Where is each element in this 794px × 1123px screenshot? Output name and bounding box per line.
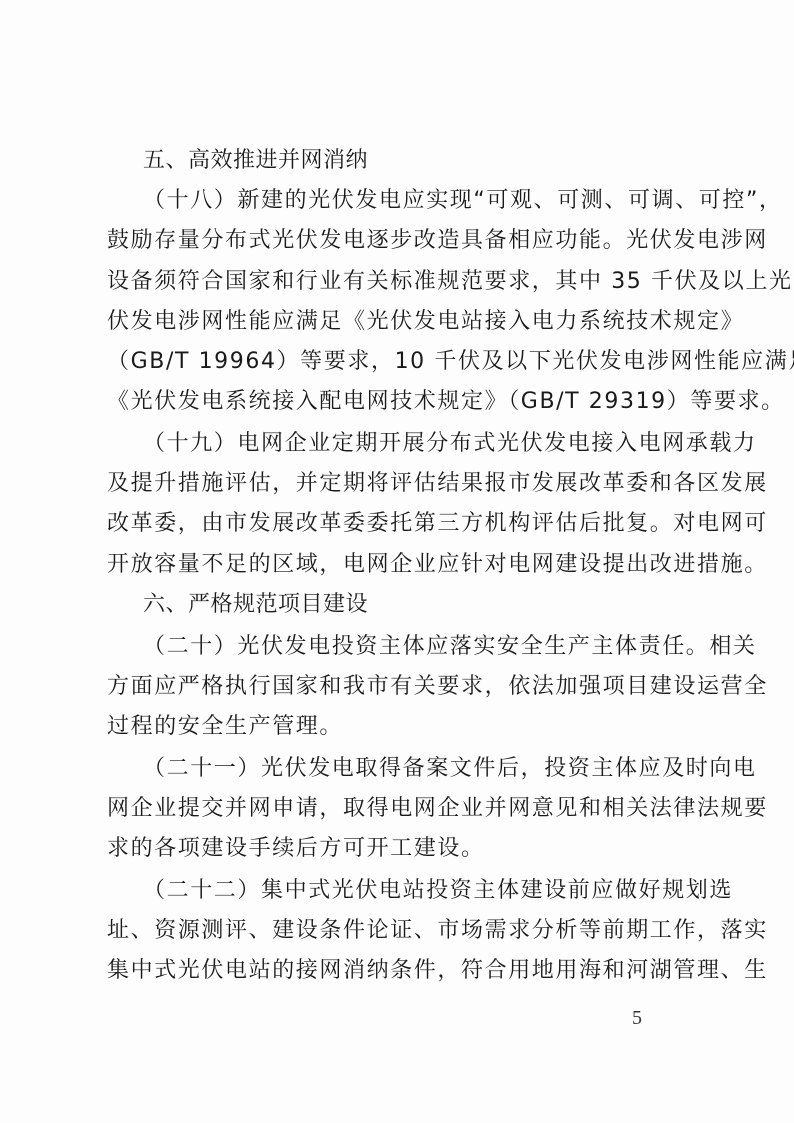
paragraph-18-line-2: 鼓励存量分布式光伏发电逐步改造具备相应功能。光伏发电涉网 (107, 226, 717, 256)
paragraph-18-line-1: （十八）新建的光伏发电应实现“可观、可测、可调、可控”， (143, 186, 717, 216)
paragraph-21-line-1: （二十一）光伏发电取得备案文件后，投资主体应及时向电 (143, 754, 717, 784)
document-page: 五、高效推进并网消纳 （十八）新建的光伏发电应实现“可观、可测、可调、可控”， … (0, 0, 794, 1123)
paragraph-18-line-6: 《光伏发电系统接入配电网技术规定》（GB/T 29319）等要求。 (107, 387, 717, 417)
paragraph-19-line-1: （十九）电网企业定期开展分布式光伏发电接入电网承载力 (143, 429, 717, 459)
paragraph-22-line-3: 集中式光伏电站的接网消纳条件，符合用地用海和河湖管理、生 (107, 956, 717, 986)
paragraph-18-line-3: 设备须符合国家和行业有关标准规范要求，其中 35 千伏及以上光 (107, 267, 717, 297)
paragraph-20-line-3: 过程的安全生产管理。 (107, 712, 717, 742)
paragraph-20-line-2: 方面应严格执行国家和我市有关要求，依法加强项目建设运营全 (107, 672, 717, 702)
paragraph-19-line-3: 改革委，由市发展改革委委托第三方机构评估后批复。对电网可 (107, 509, 717, 539)
paragraph-19-line-2: 及提升措施评估，并定期将评估结果报市发展改革委和各区发展 (107, 469, 717, 499)
section-heading-6: 六、严格规范项目建设 (143, 590, 753, 620)
paragraph-22-line-2: 址、资源测评、建设条件论证、市场需求分析等前期工作，落实 (107, 916, 717, 946)
page-number: 5 (632, 1007, 642, 1030)
paragraph-19-line-4: 开放容量不足的区域，电网企业应针对电网建设提出改进措施。 (107, 550, 717, 580)
paragraph-20-line-1: （二十）光伏发电投资主体应落实安全生产主体责任。相关 (143, 632, 717, 662)
paragraph-18-line-5: （GB/T 19964）等要求，10 千伏及以下光伏发电涉网性能应满足 (107, 347, 717, 377)
section-heading-5: 五、高效推进并网消纳 (143, 146, 753, 176)
paragraph-18-line-4: 伏发电涉网性能应满足《光伏发电站接入电力系统技术规定》 (107, 307, 717, 337)
paragraph-22-line-1: （二十二）集中式光伏电站投资主体建设前应做好规划选 (143, 876, 717, 906)
paragraph-21-line-2: 网企业提交并网申请，取得电网企业并网意见和相关法律法规要 (107, 794, 717, 824)
paragraph-21-line-3: 求的各项建设手续后方可开工建设。 (107, 834, 717, 864)
